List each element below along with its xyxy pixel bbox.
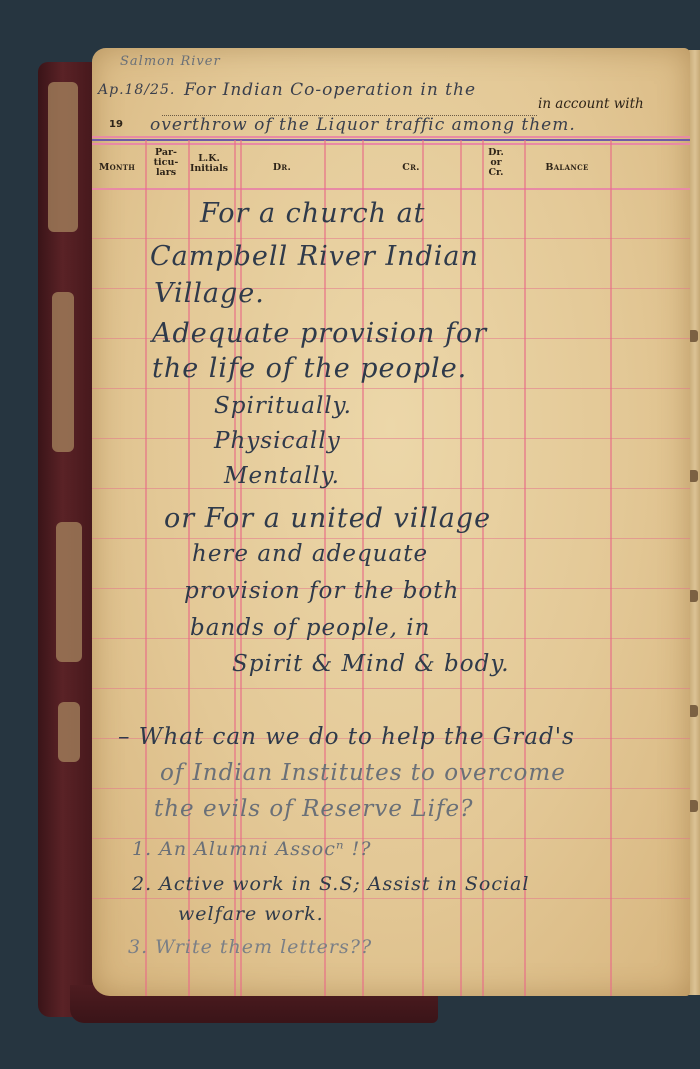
column-rule xyxy=(610,140,612,996)
column-header-rule xyxy=(92,188,690,190)
row-rule xyxy=(92,488,690,489)
handwritten-line: the life of the people. xyxy=(152,353,467,384)
cover-wear-patch xyxy=(48,82,78,232)
column-header-credit: Cr. xyxy=(362,163,460,173)
handwritten-title-line1: For Indian Co-operation in the xyxy=(184,80,476,100)
account-with-label: in account with xyxy=(538,96,644,112)
handwritten-location: Salmon River xyxy=(120,54,221,69)
column-rule xyxy=(524,140,526,996)
handwritten-line: Campbell River Indian xyxy=(150,241,479,272)
column-header-lk-line: Initials xyxy=(184,164,234,174)
row-rule xyxy=(92,898,690,899)
column-header-dr-or-cr: Dr. or Cr. xyxy=(482,148,510,178)
column-header-lk-initials: L.K. Initials xyxy=(184,154,234,174)
handwritten-line: For a church at xyxy=(200,198,426,229)
handwritten-line: Adequate provision for xyxy=(152,318,487,349)
handwritten-question-line: the evils of Reserve Life? xyxy=(154,796,473,822)
header-rule-purple xyxy=(92,139,690,141)
column-rule xyxy=(482,140,484,996)
handwritten-line: or For a united village xyxy=(164,503,491,534)
handwritten-line: Spiritually. xyxy=(214,393,352,419)
row-rule xyxy=(92,238,690,239)
handwritten-question-line: of Indian Institutes to overcome xyxy=(160,760,566,786)
row-rule xyxy=(92,388,690,389)
handwritten-question-line: – What can we do to help the Grad's xyxy=(118,724,575,750)
row-rule xyxy=(92,788,690,789)
cover-wear-patch xyxy=(58,702,80,762)
column-header-month: Month xyxy=(92,163,142,173)
cover-wear-patch xyxy=(56,522,82,662)
row-rule xyxy=(92,688,690,689)
handwritten-line: here and adequate xyxy=(192,541,428,567)
column-header-debit: Dr. xyxy=(240,163,324,173)
handwritten-answer: 2. Active work in S.S; Assist in Social xyxy=(132,873,529,895)
header-rule xyxy=(92,143,690,145)
handwritten-line: provision for the both xyxy=(184,578,459,604)
row-rule xyxy=(92,438,690,439)
ledger-page: in account with 19 Month Par- ticu- lars… xyxy=(92,48,690,996)
column-header-particulars-line: lars xyxy=(144,168,188,178)
column-header-balance: Balance xyxy=(524,163,610,173)
handwritten-line: Village. xyxy=(154,278,265,309)
column-header-particulars: Par- ticu- lars xyxy=(144,148,188,178)
header-rule xyxy=(92,136,690,138)
handwritten-title-line2: overthrow of the Liquor traffic among th… xyxy=(150,115,576,135)
row-rule xyxy=(92,538,690,539)
cover-wear-patch xyxy=(52,292,74,452)
handwritten-line: Spirit & Mind & body. xyxy=(232,651,510,677)
handwritten-answer: 3. Write them letters?? xyxy=(128,936,372,958)
year-prefix: 19 xyxy=(109,119,123,130)
column-header-drcr-line: Cr. xyxy=(482,168,510,178)
handwritten-line: Mentally. xyxy=(224,463,340,489)
column-rule xyxy=(145,140,147,996)
handwritten-date: Ap.18/25. xyxy=(98,82,175,98)
handwritten-line: bands of people, in xyxy=(190,615,430,641)
handwritten-line: Physically xyxy=(214,428,341,454)
handwritten-answer: welfare work. xyxy=(178,903,324,925)
handwritten-answer: 1. An Alumni Assocⁿ !? xyxy=(132,838,371,860)
